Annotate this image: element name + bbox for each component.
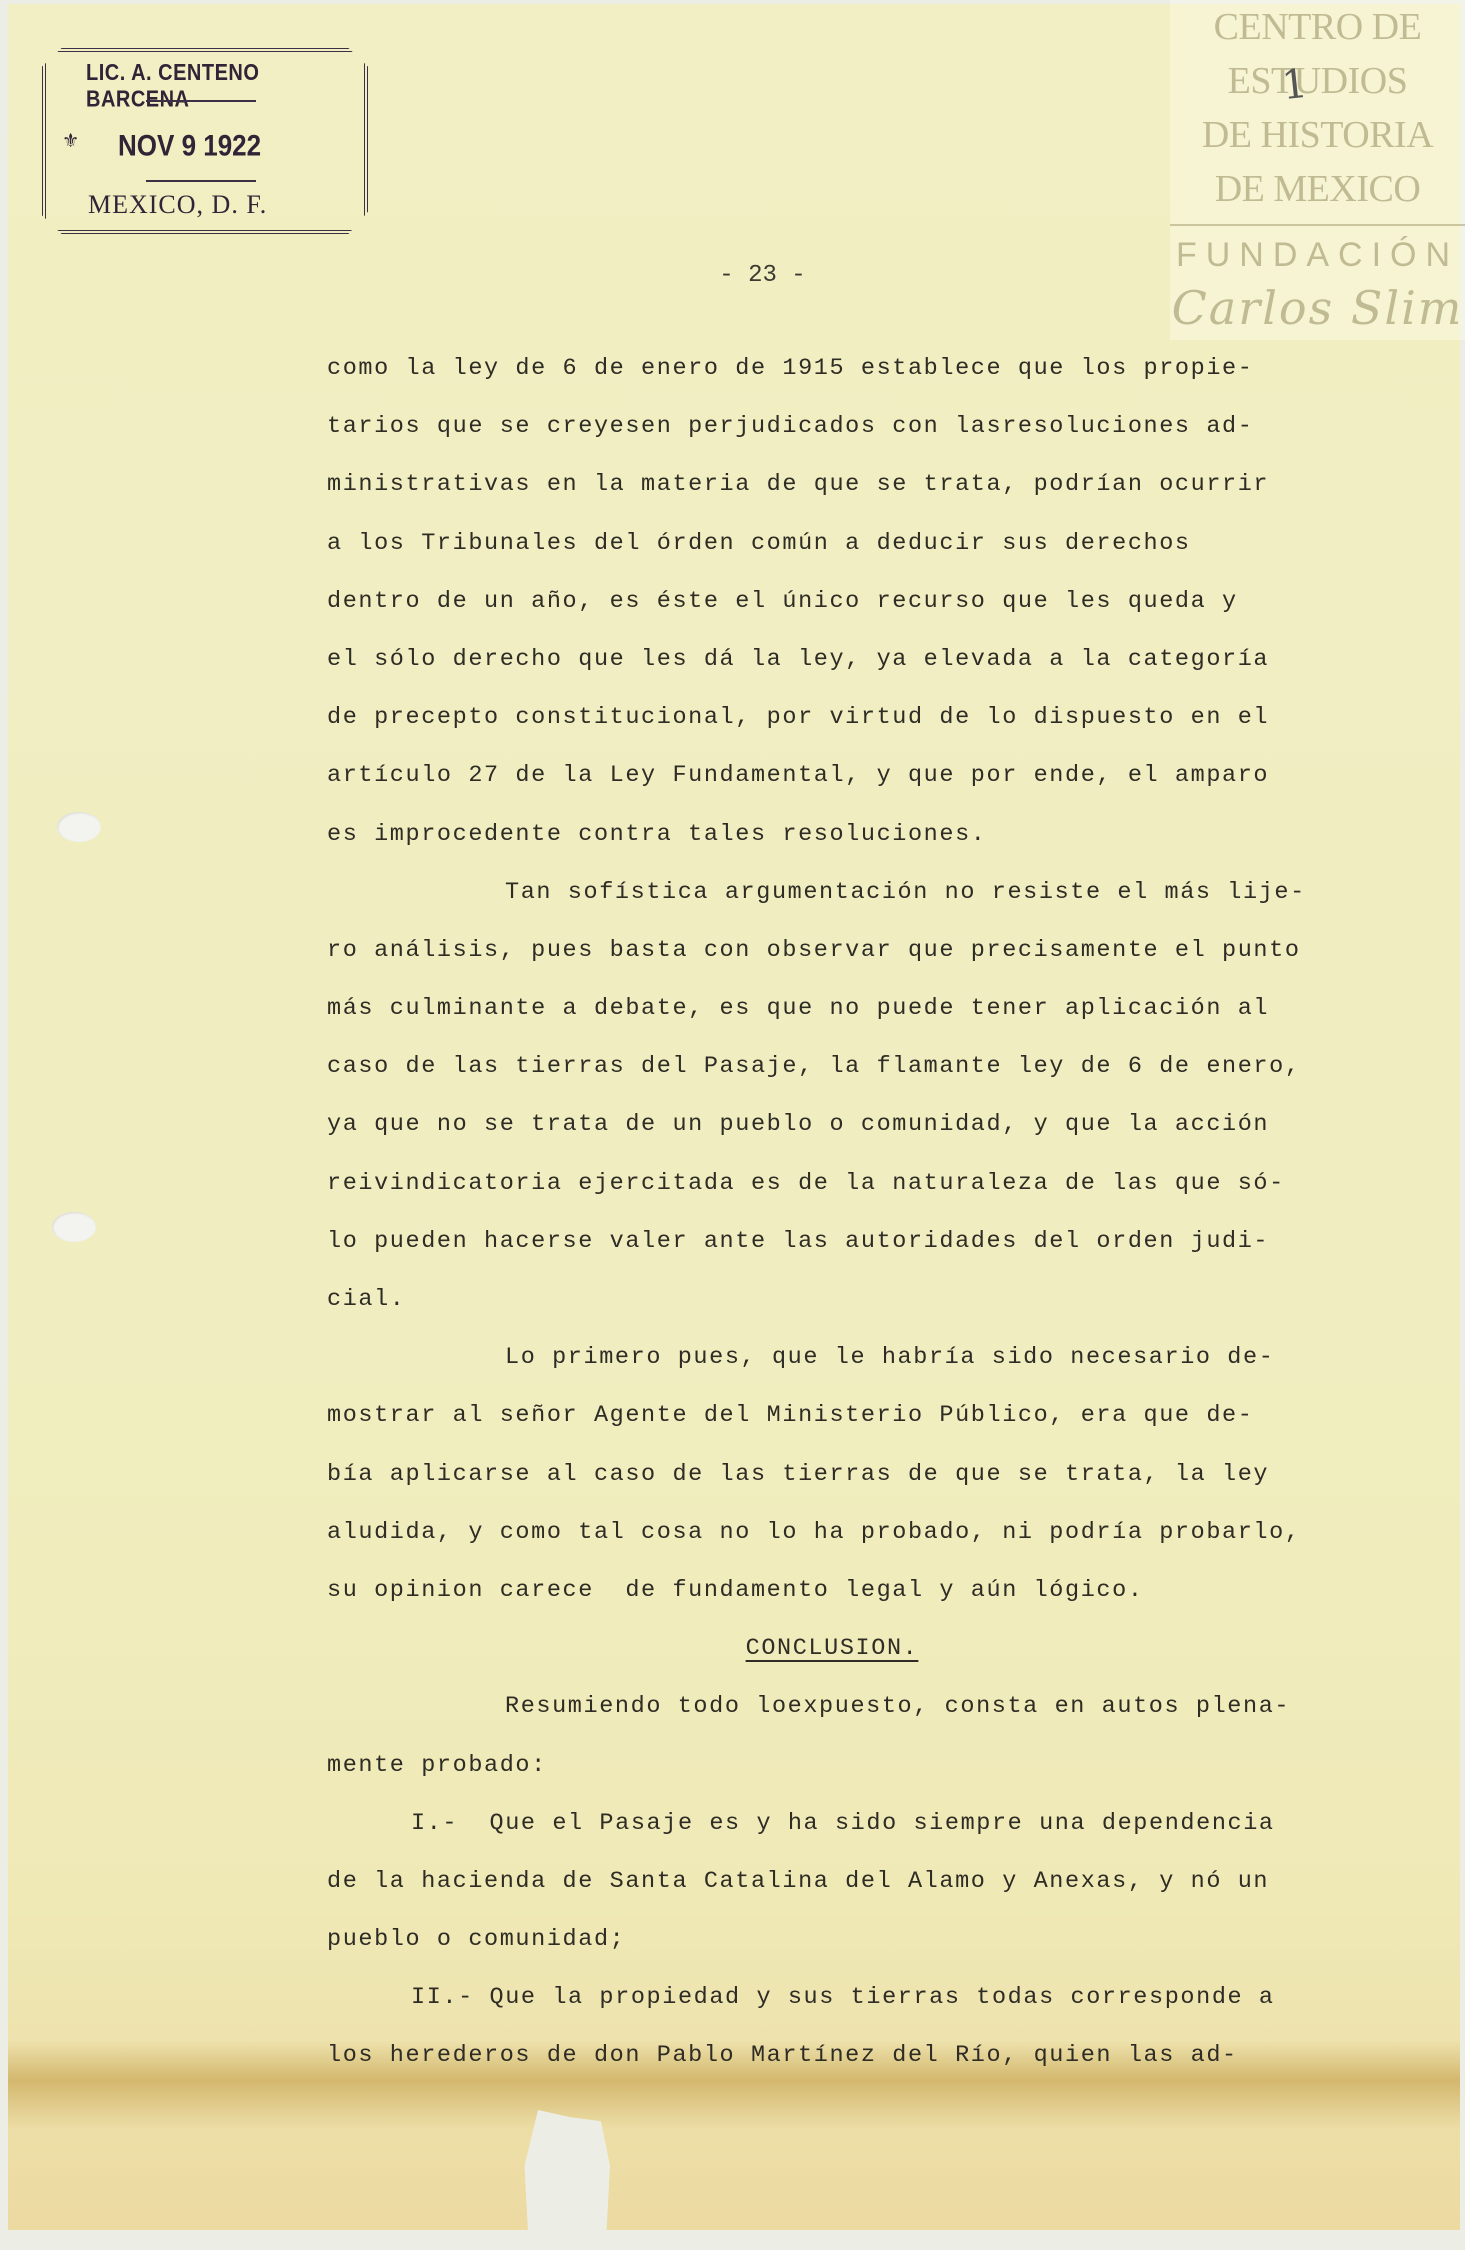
text-line: mostrar al señor Agente del Ministerio P… <box>327 1387 1377 1445</box>
watermark-line: DE HISTORIA <box>1170 108 1465 162</box>
list-item-start: I.- Que el Pasaje es y ha sido siempre u… <box>327 1795 1377 1853</box>
text-line: bía aplicarse al caso de las tierras de … <box>327 1446 1377 1504</box>
text-line: pueblo o comunidad; <box>327 1911 1377 1969</box>
fleur-de-lis-icon: ⚜ <box>64 128 77 154</box>
paragraph-start: Resumiendo todo loexpuesto, consta en au… <box>327 1678 1377 1736</box>
watermark-signature: Carlos Slim <box>1170 281 1465 335</box>
pencil-folio-number: 1 <box>1280 61 1310 109</box>
notary-stamp: LIC. A. CENTENO BARCENA ⚜ NOV 9 1922 MEX… <box>42 48 368 234</box>
text-line: más culminante a debate, es que no puede… <box>327 980 1377 1038</box>
punch-hole-bottom <box>52 1212 96 1242</box>
punch-hole-top <box>57 812 101 842</box>
list-item-start: II.- Que la propiedad y sus tierras toda… <box>327 1969 1377 2027</box>
stamp-city: MEXICO, D. F. <box>88 190 267 220</box>
paragraph-start: Lo primero pues, que le habría sido nece… <box>327 1329 1377 1387</box>
stamp-date: NOV 9 1922 <box>118 128 261 164</box>
archive-watermark: CENTRO DE ESTUDIOS DE HISTORIA DE MEXICO… <box>1170 0 1465 340</box>
text-line: de la hacienda de Santa Catalina del Ala… <box>327 1853 1377 1911</box>
text-line: su opinion carece de fundamento legal y … <box>327 1562 1377 1620</box>
watermark-line: ESTUDIOS <box>1170 54 1465 108</box>
section-heading: CONCLUSION. <box>327 1620 1377 1678</box>
paragraph-start: Tan sofística argumentación no resiste e… <box>327 864 1377 922</box>
page-number: - 23 - <box>0 262 1465 289</box>
text-line: reivindicatoria ejercitada es de la natu… <box>327 1155 1377 1213</box>
text-line: los herederos de don Pablo Martínez del … <box>327 2027 1377 2085</box>
document-body: como la ley de 6 de enero de 1915 establ… <box>327 340 1377 2086</box>
text-line: mente probado: <box>327 1737 1377 1795</box>
stamp-name: LIC. A. CENTENO BARCENA <box>46 61 364 114</box>
text-line: de precepto constitucional, por virtud d… <box>327 689 1377 747</box>
text-line: aludida, y como tal cosa no lo ha probad… <box>327 1504 1377 1562</box>
text-line: como la ley de 6 de enero de 1915 establ… <box>327 340 1377 398</box>
text-line: dentro de un año, es éste el único recur… <box>327 573 1377 631</box>
torn-edge <box>520 2110 610 2250</box>
text-line: es improcedente contra tales resolucione… <box>327 806 1377 864</box>
text-line: artículo 27 de la Ley Fundamental, y que… <box>327 747 1377 805</box>
conclusion-heading: CONCLUSION. <box>746 1635 919 1662</box>
text-line: ya que no se trata de un pueblo o comuni… <box>327 1096 1377 1154</box>
text-line: ro análisis, pues basta con observar que… <box>327 922 1377 980</box>
text-line: ministrativas en la materia de que se tr… <box>327 456 1377 514</box>
watermark-line: CENTRO DE <box>1170 0 1465 54</box>
watermark-divider <box>1170 224 1465 226</box>
text-line: a los Tribunales del órden común a deduc… <box>327 515 1377 573</box>
text-line: caso de las tierras del Pasaje, la flama… <box>327 1038 1377 1096</box>
text-line: lo pueden hacerse valer ante las autorid… <box>327 1213 1377 1271</box>
watermark-line: DE MEXICO <box>1170 162 1465 216</box>
bottom-edge <box>0 2230 1465 2250</box>
text-line: cial. <box>327 1271 1377 1329</box>
stamp-ornament-bottom <box>146 180 256 182</box>
text-line: tarios que se creyesen perjudicados con … <box>327 398 1377 456</box>
stamp-ornament-top <box>146 100 256 102</box>
text-line: el sólo derecho que les dá la ley, ya el… <box>327 631 1377 689</box>
